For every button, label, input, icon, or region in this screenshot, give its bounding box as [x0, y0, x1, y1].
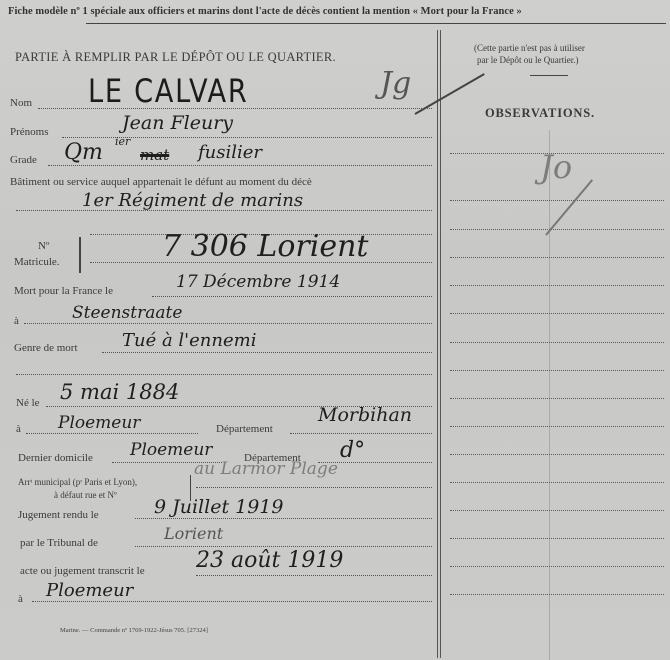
observation-line [450, 229, 664, 230]
observation-line [450, 200, 664, 201]
observation-line [450, 594, 664, 595]
genre-mort-label: Genre de mort [14, 342, 78, 354]
transcrit-le-line [196, 575, 432, 576]
form-header: Fiche modèle nº 1 spéciale aux officiers… [8, 6, 522, 17]
mort-le-label: Mort pour la France le [14, 285, 113, 297]
grade-value: Qm [64, 140, 103, 165]
observation-line [450, 398, 664, 399]
batiment-line [16, 210, 432, 211]
observations-initials: Jo [540, 148, 572, 186]
right-section-note-2: par le Dépôt ou le Quartier.) [477, 55, 578, 65]
transcrit-a-line [32, 601, 432, 602]
jugement-rendu-value: 9 Juillet 1919 [154, 496, 283, 518]
observation-line [450, 538, 664, 539]
left-section-title: PARTIE À REMPLIR PAR LE DÉPÔT OU LE QUAR… [15, 50, 336, 65]
mort-a-value: Steenstraate [72, 303, 182, 323]
right-section-note-1: (Cette partie n'est pas à utiliser [474, 43, 585, 53]
observations-slash [545, 179, 593, 235]
nom-label: Nom [10, 97, 32, 109]
column-divider [437, 30, 441, 658]
prenoms-value: Jean Fleury [122, 112, 233, 134]
matricule-brace [79, 237, 81, 273]
observation-line [450, 566, 664, 567]
short-rule [530, 75, 568, 76]
observation-line [450, 342, 664, 343]
observations-title: OBSERVATIONS. [485, 106, 595, 121]
ne-a-line [26, 433, 198, 434]
tribunal-value: Lorient [164, 524, 223, 543]
tribunal-line [135, 546, 432, 547]
grade-superscript: ier [115, 135, 130, 148]
transcrit-a-label: à [18, 593, 23, 605]
ne-a-value: Ploemeur [58, 413, 140, 433]
ne-le-value: 5 mai 1884 [60, 380, 179, 404]
print-footer: Marine. — Commande nº 1769-1922-Jésus 70… [60, 627, 208, 634]
ne-le-label: Né le [16, 397, 40, 409]
prenoms-label: Prénoms [10, 126, 49, 138]
departement-domicile-value: d° [340, 438, 365, 463]
mort-le-line [152, 296, 432, 297]
batiment-value: 1er Régiment de marins [82, 190, 303, 211]
dernier-domicile-label: Dernier domicile [18, 452, 93, 464]
dernier-domicile-value: Ploemeur [130, 440, 212, 460]
matricule-label-1: Nº [38, 240, 49, 252]
observation-line [450, 510, 664, 511]
observation-line [450, 257, 664, 258]
genre-mort-line [102, 352, 432, 353]
grade-label: Grade [10, 154, 37, 166]
transcrit-le-value: 23 août 1919 [196, 548, 343, 573]
arrondissement-value: au Larmor Plage [194, 459, 338, 479]
observation-line [450, 454, 664, 455]
arrondissement-label-2: à défaut rue et Nº [54, 490, 117, 500]
jugement-rendu-line [135, 518, 432, 519]
grade-struck-text: mat [140, 146, 169, 164]
observation-line [450, 482, 664, 483]
observation-line [450, 285, 664, 286]
matricule-value: 7 306 Lorient [162, 229, 368, 264]
transcrit-le-label: acte ou jugement transcrit le [20, 565, 145, 577]
jugement-rendu-label: Jugement rendu le [18, 509, 99, 521]
arrondissement-line [196, 487, 432, 488]
genre-mort-value: Tué à l'ennemi [122, 330, 256, 351]
transcrit-a-value: Ploemeur [46, 580, 133, 601]
grade-value-2: fusilier [198, 142, 262, 163]
grade-line [48, 165, 432, 166]
fold-line [549, 130, 550, 660]
batiment-label: Bâtiment ou service auquel appartenait l… [10, 176, 312, 188]
matricule-label-2: Matricule. [14, 256, 60, 268]
mort-a-label: à [14, 315, 19, 327]
observation-line [450, 426, 664, 427]
mort-le-value: 17 Décembre 1914 [176, 272, 340, 292]
departement-naissance-line [290, 433, 432, 434]
mort-a-line [24, 323, 432, 324]
death-record-card: Fiche modèle nº 1 spéciale aux officiers… [0, 0, 670, 660]
arrondissement-label-1: Arrᵗ municipal (pʳ Paris et Lyon), [18, 477, 137, 487]
header-underline [86, 23, 666, 24]
blank-line [16, 374, 432, 375]
corner-initials: Jg [380, 66, 411, 101]
observation-line [450, 313, 664, 314]
ne-a-label: à [16, 423, 21, 435]
tribunal-label: par le Tribunal de [20, 537, 98, 549]
departement-naissance-value: Morbihan [318, 404, 412, 426]
observation-line [450, 370, 664, 371]
nom-value: LE CALVAR [88, 72, 248, 110]
departement-naissance-label: Département [216, 423, 273, 435]
